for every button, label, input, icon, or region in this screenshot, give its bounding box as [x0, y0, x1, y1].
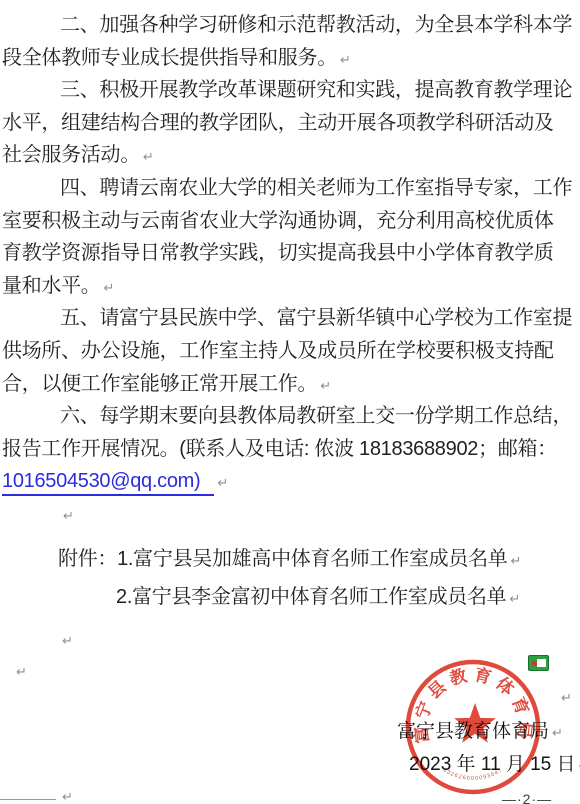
paragraph-mark-icon: ↵: [217, 475, 228, 490]
document-body: 二、加强各种学习研修和示范帮教活动，为全县本学科本学 段全体教师专业成长提供指导…: [2, 9, 578, 531]
body-text: 社会服务活动。: [2, 144, 140, 166]
body-text: 二、加强各种学习研修和示范帮教活动，为全县本学科本学: [60, 14, 572, 36]
body-line: 量和水平。↵: [2, 270, 578, 303]
body-line: 室要积极主动与云南省农业大学沟通协调，充分利用高校优质体: [2, 205, 578, 238]
body-text: 报告工作开展情况。(联系人及电话: 侬波 18183688902；邮箱：: [2, 438, 557, 460]
body-text: 水平，组建结构合理的教学团队，主动开展各项教学科研活动及: [2, 112, 554, 134]
body-line: 二、加强各种学习研修和示范帮教活动，为全县本学科本学: [2, 9, 578, 42]
star-icon: [454, 703, 496, 743]
paragraph-mark-icon: ↵: [16, 664, 27, 680]
body-text: 量和水平。: [2, 275, 101, 297]
body-text: 三、积极开展教学改革课题研究和实践，提高教育教学理论: [60, 79, 572, 101]
embedded-sheet-icon[interactable]: [528, 655, 549, 671]
paragraph-mark-icon: ↵: [63, 508, 74, 523]
body-line: 五、请富宁县民族中学、富宁县新华镇中心学校为工作室提: [2, 302, 578, 335]
attachment-line-1: 附件：1.富宁县吴加雄高中体育名师工作室成员名单↵: [58, 542, 521, 571]
body-line: 段全体教师专业成长提供指导和服务。↵: [2, 42, 578, 75]
paragraph-mark-icon: ↵: [320, 378, 331, 393]
body-text: 室要积极主动与云南省农业大学沟通协调，充分利用高校优质体: [2, 210, 554, 232]
footer-separator-line: [0, 799, 56, 800]
body-text: 四、聘请云南农业大学的相关老师为工作室指导专家，工作: [60, 177, 572, 199]
seal-code-text: 532626000093047: [442, 767, 504, 782]
paragraph-mark-icon: ↵: [62, 789, 73, 804]
attachment-text: 附件：1.富宁县吴加雄高中体育名师工作室成员名单: [58, 548, 507, 570]
sheet-mark-decoration: [532, 661, 537, 666]
body-line: 三、积极开展教学改革课题研究和实践，提高教育教学理论: [2, 74, 578, 107]
body-text: 合，以便工作室能够正常开展工作。: [2, 373, 317, 395]
paragraph-mark-icon: ↵: [62, 633, 73, 649]
attachment-line-2: 2.富宁县李金富初中体育名师工作室成员名单↵: [116, 580, 520, 609]
attachment-text: 2.富宁县李金富初中体育名师工作室成员名单: [116, 586, 506, 608]
paragraph-mark-icon: ↵: [143, 149, 154, 164]
document-page: 二、加强各种学习研修和示范帮教活动，为全县本学科本学 段全体教师专业成长提供指导…: [0, 0, 580, 804]
official-seal: 富宁县教育体育局 532626000093047: [403, 657, 543, 797]
body-text: 五、请富宁县民族中学、富宁县新华镇中心学校为工作室提: [60, 307, 572, 329]
body-text: 段全体教师专业成长提供指导和服务。: [2, 47, 337, 69]
paragraph-mark-icon: ↵: [552, 725, 563, 740]
body-text: 供场所、办公设施，工作室主持人及成员所在学校要积极支持配: [2, 340, 554, 362]
body-line: 报告工作开展情况。(联系人及电话: 侬波 18183688902；邮箱：: [2, 433, 578, 466]
body-text: 六、每学期末要向县教体局教研室上交一份学期工作总结，: [60, 405, 572, 427]
paragraph-mark-icon: ↵: [104, 280, 115, 295]
sheet-cell-decoration: [537, 659, 546, 667]
body-line-email: 1016504530@qq.com)↵: [2, 465, 578, 498]
body-line: 四、聘请云南农业大学的相关老师为工作室指导专家，工作: [2, 172, 578, 205]
paragraph-mark-icon: ↵: [510, 553, 521, 568]
paragraph-mark-icon: ↵: [561, 690, 572, 706]
body-line: 供场所、办公设施，工作室主持人及成员所在学校要积极支持配: [2, 335, 578, 368]
body-line: 六、每学期末要向县教体局教研室上交一份学期工作总结，: [2, 400, 578, 433]
paragraph-mark-icon: ↵: [340, 52, 351, 67]
body-line: 育教学资源指导日常教学实践，切实提高我县中小学体育教学质: [2, 237, 578, 270]
body-line: 合，以便工作室能够正常开展工作。↵: [2, 368, 578, 401]
body-line: 社会服务活动。↵: [2, 139, 578, 172]
empty-paragraph: ↵: [2, 498, 578, 531]
body-text: 育教学资源指导日常教学实践，切实提高我县中小学体育教学质: [2, 242, 554, 264]
paragraph-mark-icon: ↵: [509, 591, 520, 606]
seal-code-text-path: 532626000093047: [442, 767, 504, 782]
email-link[interactable]: 1016504530@qq.com): [2, 468, 214, 496]
body-line: 水平，组建结构合理的教学团队，主动开展各项教学科研活动及: [2, 107, 578, 140]
